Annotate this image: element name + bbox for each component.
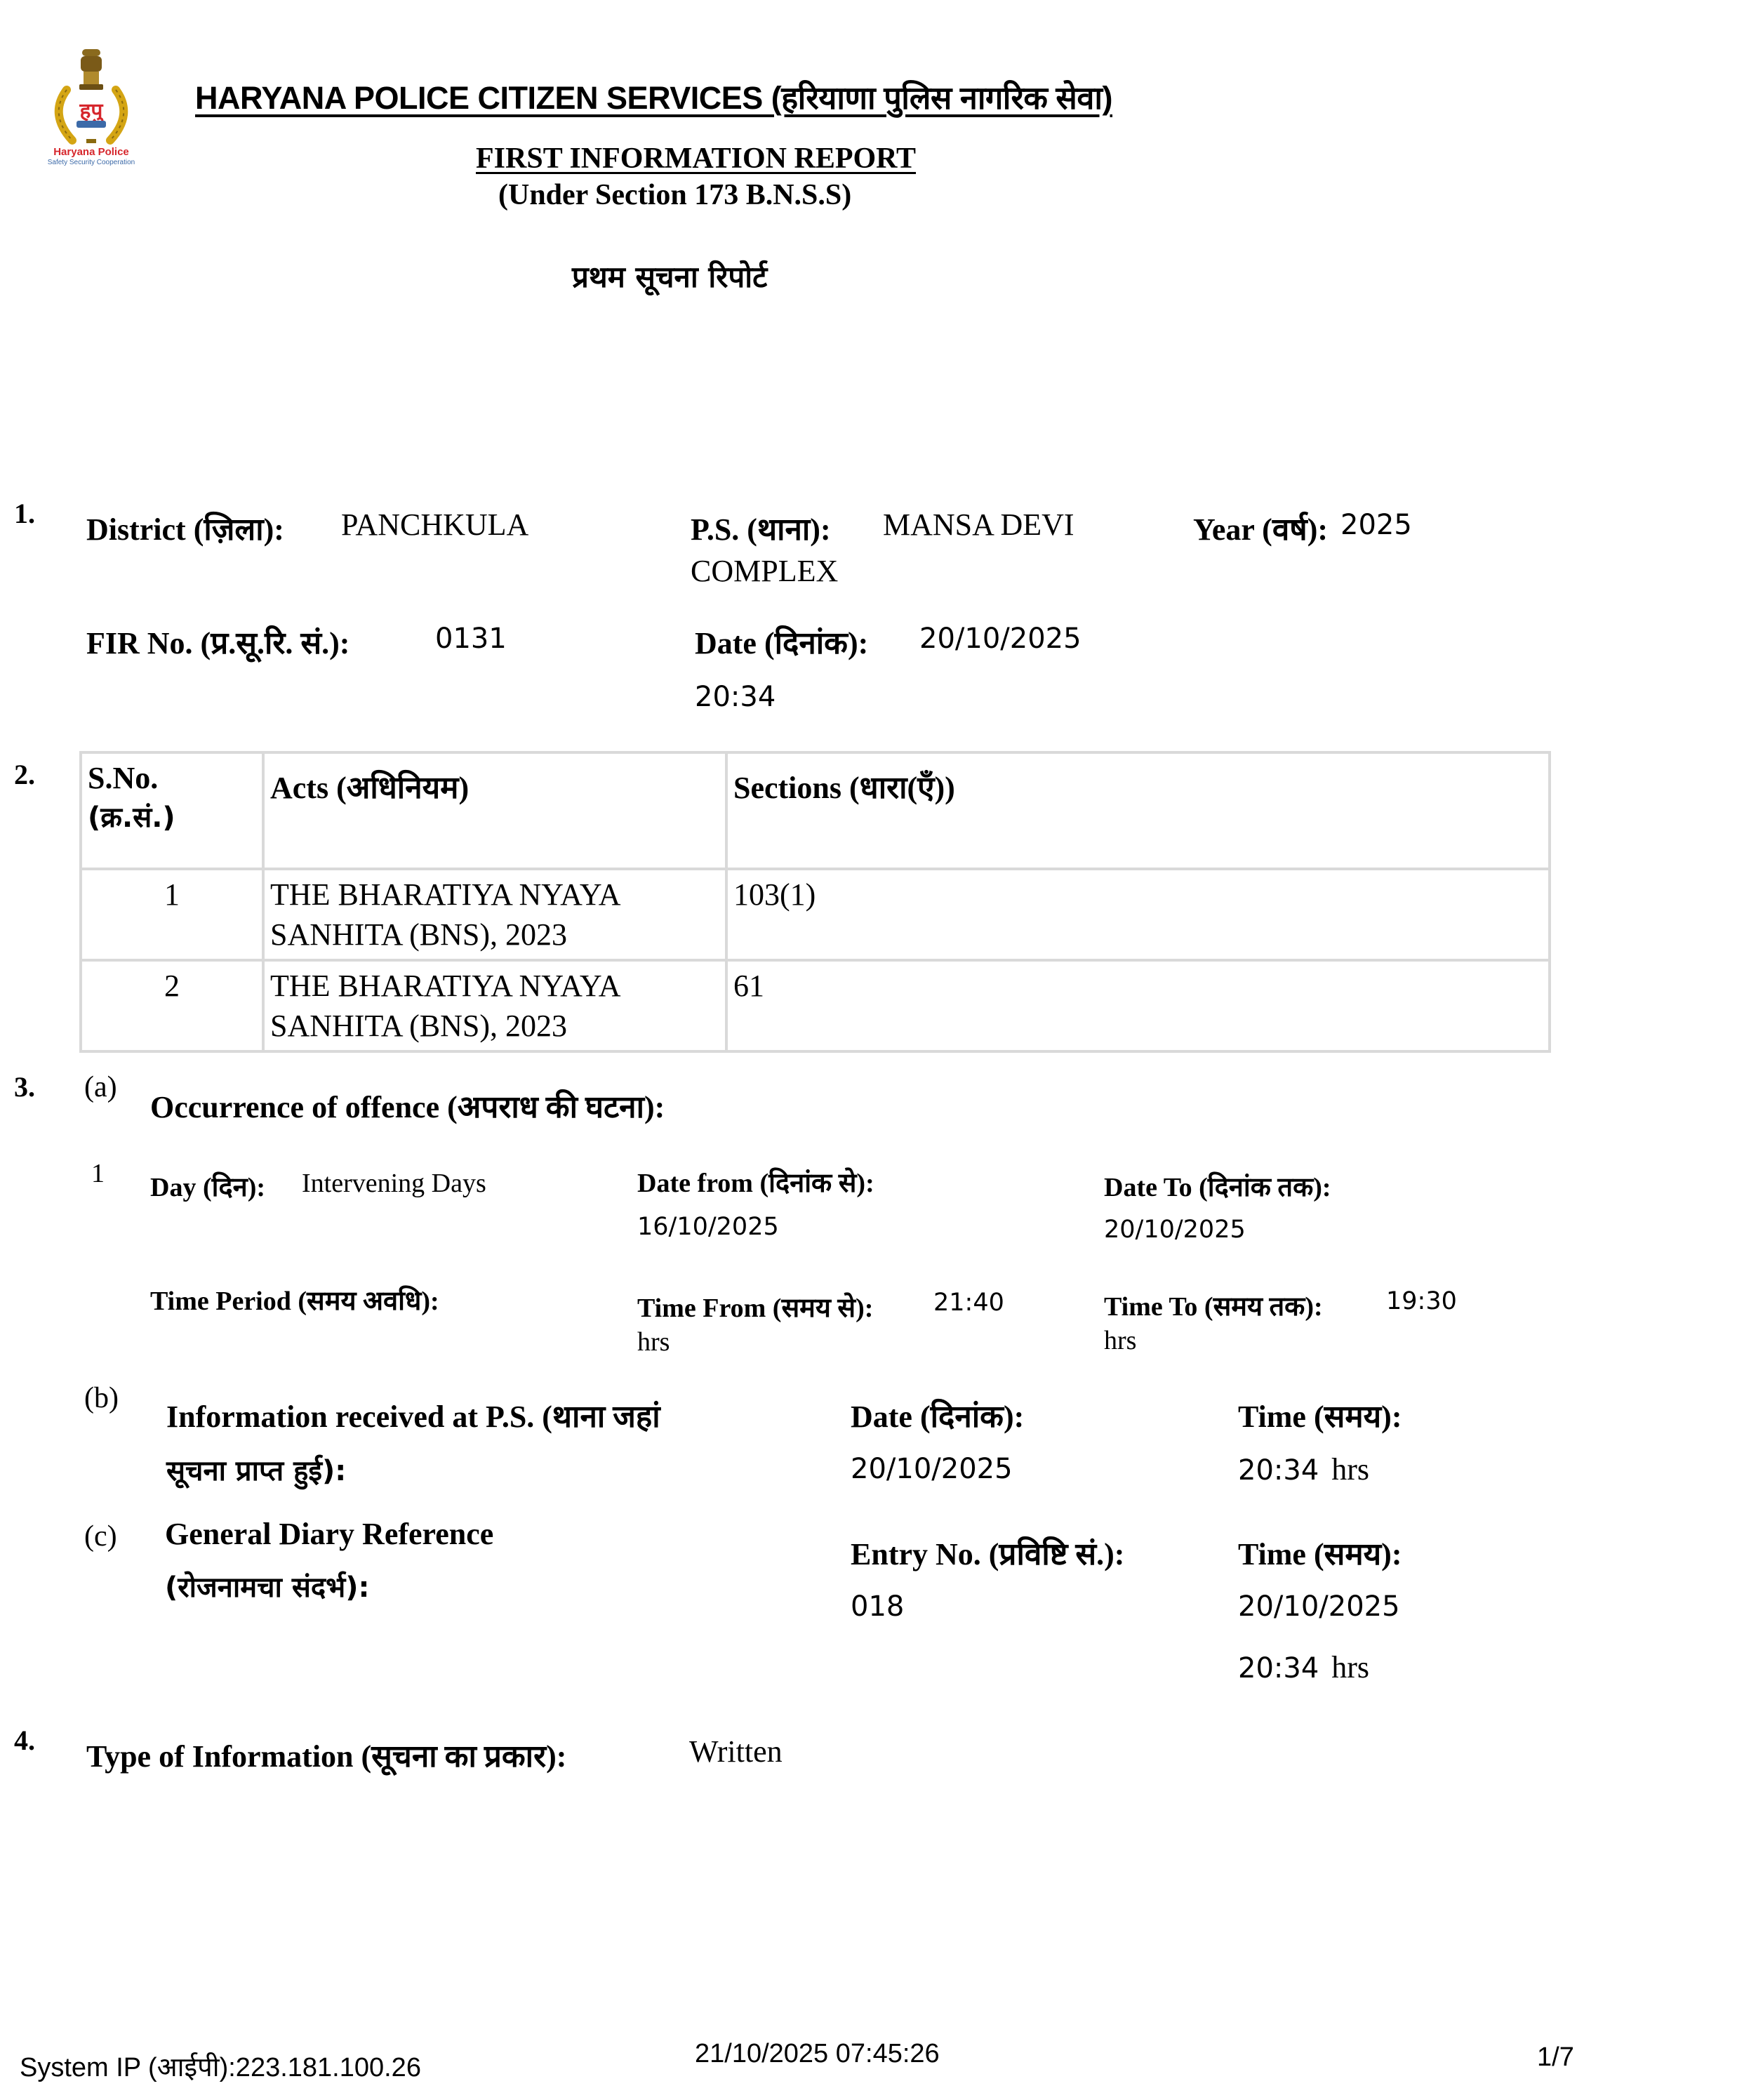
logo-title: Haryana Police bbox=[39, 146, 144, 158]
info-time-value: 20:34 bbox=[1238, 1454, 1319, 1487]
section-1-number: 1. bbox=[14, 497, 35, 530]
date-value: 20/10/2025 bbox=[919, 623, 1082, 655]
cell-act: THE BHARATIYA NYAYA SANHITA (BNS), 2023 bbox=[263, 960, 726, 1051]
section-3c-marker: (c) bbox=[84, 1520, 117, 1553]
gd-time-unit: hrs bbox=[1331, 1650, 1369, 1684]
info-type-value: Written bbox=[689, 1734, 783, 1769]
table-header-row: S.No. (क्र.सं.) Acts (अधिनियम) Sections … bbox=[81, 752, 1550, 869]
gd-time: 20:34 hrs bbox=[1238, 1649, 1369, 1685]
info-date-value: 20/10/2025 bbox=[851, 1453, 1013, 1485]
section-3-number: 3. bbox=[14, 1070, 35, 1103]
gd-time-value: 20:34 bbox=[1238, 1652, 1319, 1684]
info-received-label-line1: Information received at P.S. (थाना जहां bbox=[166, 1394, 660, 1436]
day-label: Day (दिन): bbox=[150, 1168, 265, 1204]
occurrence-title: Occurrence of offence (अपराध की घटना): bbox=[150, 1084, 665, 1127]
gd-reference-label-line2: (रोजनामचा संदर्भ): bbox=[165, 1567, 370, 1605]
time-from-unit: hrs bbox=[637, 1327, 670, 1357]
section-3a-marker: (a) bbox=[84, 1070, 117, 1104]
date-from-label: Date from (दिनांक से): bbox=[637, 1164, 874, 1200]
table-row: 1THE BHARATIYA NYAYA SANHITA (BNS), 2023… bbox=[81, 869, 1550, 960]
date-label: Date (दिनांक): bbox=[695, 620, 868, 663]
header-sno-line1: S.No. bbox=[88, 758, 256, 798]
info-received-label-line2: सूचना प्राप्त हुई): bbox=[166, 1450, 346, 1489]
gd-reference-label-line1: General Diary Reference bbox=[165, 1516, 493, 1552]
section-2-number: 2. bbox=[14, 758, 35, 791]
ps-label: P.S. (थाना): bbox=[691, 507, 831, 549]
time-period-label: Time Period (समय अवधि): bbox=[150, 1282, 439, 1318]
year-value: 2025 bbox=[1340, 509, 1412, 541]
gd-time-label: Time (समय): bbox=[1238, 1531, 1402, 1574]
footer-system-ip: System IP (आईपी):223.181.100.26 bbox=[20, 2048, 421, 2085]
district-value: PANCHKULA bbox=[341, 507, 528, 543]
ps-value-line2: COMPLEX bbox=[691, 553, 838, 589]
time-from-label: Time From (समय से): bbox=[637, 1289, 873, 1325]
page-title: HARYANA POLICE CITIZEN SERVICES (हरियाणा… bbox=[195, 76, 1112, 119]
info-time-label: Time (समय): bbox=[1238, 1394, 1402, 1436]
cell-sno: 2 bbox=[81, 960, 263, 1051]
fir-no-label: FIR No. (प्र.सू.रि. सं.): bbox=[86, 620, 350, 663]
svg-text:हपु: हपु bbox=[79, 99, 104, 124]
date-from-value: 16/10/2025 bbox=[637, 1213, 779, 1241]
cell-act: THE BHARATIYA NYAYA SANHITA (BNS), 2023 bbox=[263, 869, 726, 960]
day-value: Intervening Days bbox=[302, 1168, 486, 1199]
district-label: District (ज़िला): bbox=[86, 507, 284, 549]
date-to-label: Date To (दिनांक तक): bbox=[1104, 1168, 1331, 1204]
haryana-police-logo: हपु Haryana Police Safety Security Coope… bbox=[39, 48, 144, 174]
time-from-value: 21:40 bbox=[933, 1289, 1004, 1317]
cell-section: 103(1) bbox=[726, 869, 1550, 960]
report-title: FIRST INFORMATION REPORT bbox=[476, 142, 916, 175]
time-to-value: 19:30 bbox=[1386, 1287, 1457, 1315]
fir-no-value: 0131 bbox=[435, 623, 507, 655]
report-title-hindi: प्रथम सूचना रिपोर्ट bbox=[572, 256, 767, 296]
cell-section: 61 bbox=[726, 960, 1550, 1051]
acts-sections-table: S.No. (क्र.सं.) Acts (अधिनियम) Sections … bbox=[79, 751, 1551, 1053]
logo-subtitle: Safety Security Cooperation bbox=[39, 159, 144, 166]
info-date-label: Date (दिनांक): bbox=[851, 1394, 1024, 1436]
header-sno-line2: (क्र.सं.) bbox=[88, 798, 256, 838]
entry-no-value: 018 bbox=[851, 1590, 904, 1623]
time-to-unit: hrs bbox=[1104, 1325, 1136, 1356]
header-sections: Sections (धारा(एँ)) bbox=[726, 752, 1550, 869]
table-row: 2THE BHARATIYA NYAYA SANHITA (BNS), 2023… bbox=[81, 960, 1550, 1051]
time-value: 20:34 bbox=[695, 681, 776, 713]
footer-timestamp: 21/10/2025 07:45:26 bbox=[695, 2039, 940, 2069]
gd-date-value: 20/10/2025 bbox=[1238, 1590, 1400, 1623]
header-sno: S.No. (क्र.सं.) bbox=[81, 752, 263, 869]
info-time-unit: hrs bbox=[1331, 1452, 1369, 1487]
year-label: Year (वर्ष): bbox=[1193, 507, 1328, 549]
date-to-value: 20/10/2025 bbox=[1104, 1216, 1246, 1244]
ps-value-line1: MANSA DEVI bbox=[883, 507, 1074, 543]
header-acts: Acts (अधिनियम) bbox=[263, 752, 726, 869]
report-subtitle: (Under Section 173 B.N.S.S) bbox=[498, 178, 851, 212]
entry-no-label: Entry No. (प्रविष्टि सं.): bbox=[851, 1531, 1124, 1574]
info-type-label: Type of Information (सूचना का प्रकार): bbox=[86, 1734, 566, 1776]
footer-page-number: 1/7 bbox=[1537, 2042, 1574, 2073]
cell-sno: 1 bbox=[81, 869, 263, 960]
section-4-number: 4. bbox=[14, 1724, 35, 1757]
occurrence-item-number: 1 bbox=[91, 1158, 105, 1189]
haryana-police-emblem-icon: हपु bbox=[39, 48, 144, 145]
section-3b-marker: (b) bbox=[84, 1381, 119, 1415]
time-to-label: Time To (समय तक): bbox=[1104, 1287, 1323, 1324]
info-time: 20:34 hrs bbox=[1238, 1451, 1369, 1487]
